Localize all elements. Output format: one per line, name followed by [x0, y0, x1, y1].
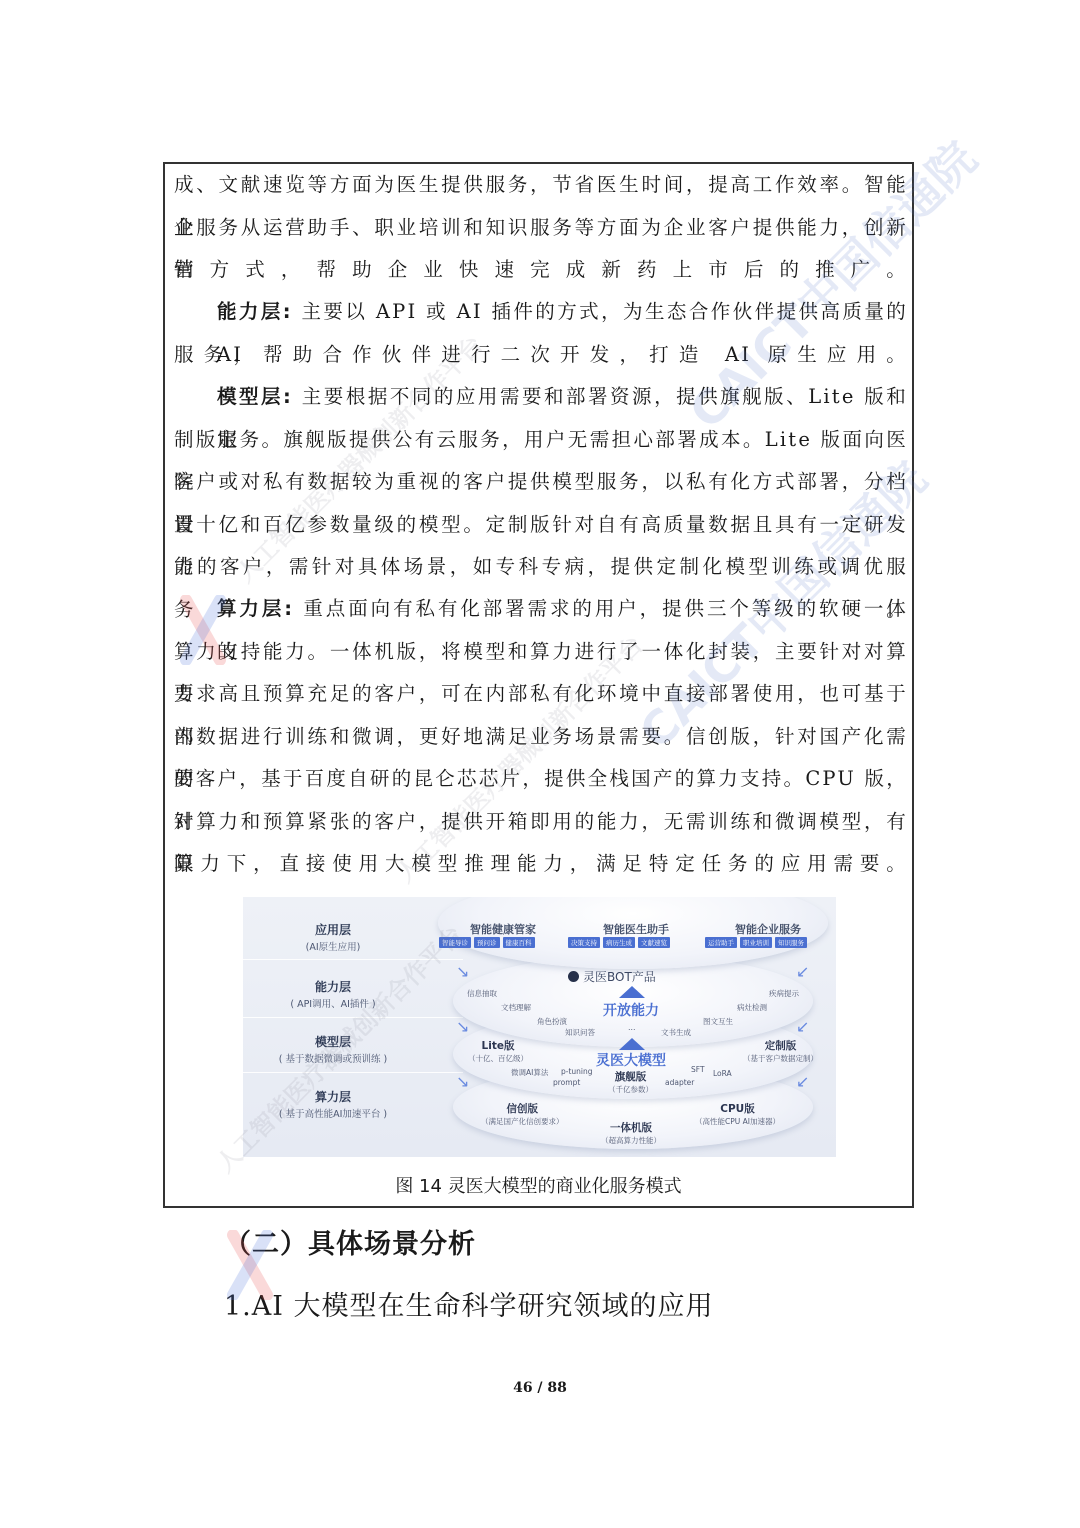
lite-version: Lite版 （十亿、百亿级）: [468, 1038, 528, 1064]
app-tag: 运营助手: [705, 937, 737, 948]
app-tags: 运营助手 职业培训 知识服务: [705, 937, 807, 948]
page-number: 46 / 88: [0, 1380, 1080, 1396]
term-label: 模型层:: [217, 385, 293, 408]
app-tag: 知识服务: [775, 937, 807, 948]
capability-item: 文书生成: [661, 1027, 691, 1038]
capability-item: 文档理解: [501, 1002, 531, 1013]
text-line: 客户或对私有数据较为重视的客户提供模型服务，以私有化方式部署，分档设: [174, 461, 908, 504]
version-title: 旗舰版: [608, 1069, 653, 1084]
text-line: 成、文献速览等方面为医生提供服务，节省医生时间，提高工作效率。智能企: [174, 164, 908, 207]
version-subtitle: （高性能CPU AI加速器）: [695, 1116, 780, 1127]
custom-version: 定制版 （基于客户数据定制）: [743, 1038, 818, 1064]
method-item: adapter: [665, 1078, 694, 1087]
version-title: 信创版: [481, 1101, 564, 1116]
text-line: 销方式，帮助企业快速完成新药上市后的推广。: [174, 249, 908, 292]
model-center-label: 灵医大模型: [596, 1050, 666, 1070]
flagship-version: 旗舰版 （千亿参数）: [608, 1069, 653, 1095]
capability-item: 知识问答: [565, 1027, 595, 1038]
divider: [243, 959, 463, 960]
layer-subtitle: ( 基于高性能AI加速平台 ): [243, 1106, 423, 1120]
version-title: 定制版: [743, 1038, 818, 1053]
compute-paragraph: 算力层: 重点面向有私有化部署需求的用户，提供三个等级的软硬一体的 算力支持能力…: [174, 588, 908, 886]
bot-product-label: 灵医BOT产品: [568, 968, 656, 985]
ellipsis: …: [628, 1023, 636, 1032]
layer-label-model: 模型层 ( 基于数据微调或预训练 ): [243, 1033, 423, 1065]
curved-arrow-icon: ↙: [796, 1072, 809, 1091]
text-line: 的客户，基于百度自研的昆仑芯芯片，提供全栈国产的算力支持。CPU 版，针: [174, 758, 908, 801]
method-item: LoRA: [713, 1069, 732, 1078]
curved-arrow-icon: ↙: [796, 1017, 809, 1036]
app-tag: 职业培训: [740, 937, 772, 948]
text-line: 能力层: 主要以 API 或 AI 插件的方式，为生态合作伙伴提供高质量的 AI: [174, 291, 908, 334]
version-subtitle: （基于客户数据定制）: [743, 1053, 818, 1064]
app-tags: 智能导诊 预问诊 健康百科: [439, 937, 535, 948]
layer-title: 能力层: [243, 978, 423, 995]
xinchuang-version: 信创版 （满足国产化信创要求）: [481, 1101, 564, 1127]
subsection-heading: 1.AI 大模型在生命科学研究领域的应用: [224, 1284, 714, 1323]
up-triangle-icon: [619, 1038, 645, 1050]
text-line: 算力层: 重点面向有私有化部署需求的用户，提供三个等级的软硬一体的: [174, 588, 908, 631]
layer-subtitle: ( API调用、AI插件 ): [243, 996, 423, 1010]
capability-paragraph: 能力层: 主要以 API 或 AI 插件的方式，为生态合作伙伴提供高质量的 AI…: [174, 291, 908, 376]
version-subtitle: （超高算力性能）: [601, 1135, 661, 1146]
figure-caption: 图 14 灵医大模型的商业化服务模式: [163, 1172, 914, 1198]
version-subtitle: （十亿、百亿级）: [468, 1053, 528, 1064]
curved-arrow-icon: ↘: [456, 1017, 469, 1036]
app-tags: 决策支持 病历生成 文献速览: [568, 937, 670, 948]
text-line: 制版服务。旗舰版提供公有云服务，用户无需担心部署成本。Lite 版面向医院: [174, 419, 908, 462]
layer-subtitle: ( 基于数据微调或预训练 ): [243, 1051, 423, 1065]
business-model-diagram: 应用层 (AI原生应用) 能力层 ( API调用、AI插件 ) 模型层 ( 基于…: [243, 897, 836, 1157]
method-item: SFT: [691, 1065, 705, 1074]
layer-title: 模型层: [243, 1033, 423, 1050]
curved-arrow-icon: ↘: [456, 1072, 469, 1091]
app-tag: 病历生成: [603, 937, 635, 948]
open-capability-label: 开放能力: [603, 1000, 659, 1020]
capability-item: 信息抽取: [467, 988, 497, 999]
allinone-version: 一体机版 （超高算力性能）: [601, 1120, 661, 1146]
text-line: 部数据进行训练和微调，更好地满足业务场景需要。信创版，针对国产化需要: [174, 716, 908, 759]
version-subtitle: （千亿参数）: [608, 1084, 653, 1095]
model-paragraph: 模型层: 主要根据不同的应用需要和部署资源，提供旗舰版、Lite 版和定 制版服…: [174, 376, 908, 589]
text-line: 对算力和预算紧张的客户，提供开箱即用的能力，无需训练和微调模型，有限: [174, 801, 908, 844]
capability-item: 角色扮演: [537, 1016, 567, 1027]
app-title: 智能企业服务: [713, 921, 823, 937]
layer-label-capability: 能力层 ( API调用、AI插件 ): [243, 978, 423, 1010]
app-title: 智能健康管家: [448, 921, 558, 937]
text-line: 模型层: 主要根据不同的应用需要和部署资源，提供旗舰版、Lite 版和定: [174, 376, 908, 419]
text-line: 业服务从运营助手、职业培训和知识服务等方面为企业客户提供能力，创新营: [174, 207, 908, 250]
text-line: 力的客户，需针对具体场景，如专科专病，提供定制化模型训练或调优服务。: [174, 546, 908, 589]
method-item: prompt: [553, 1078, 580, 1087]
layer-label-compute: 算力层 ( 基于高性能AI加速平台 ): [243, 1088, 423, 1120]
curved-arrow-icon: ↙: [796, 962, 809, 981]
layer-title: 算力层: [243, 1088, 423, 1105]
curved-arrow-icon: ↘: [456, 962, 469, 981]
text-line: 要求高且预算充足的客户，可在内部私有化环境中直接部署使用，也可基于内: [174, 673, 908, 716]
text-line: 服务，帮助合作伙伴进行二次开发，打造 AI 原生应用。: [174, 334, 908, 377]
app-tag: 智能导诊: [439, 937, 471, 948]
app-tag: 文献速览: [638, 937, 670, 948]
app-title: 智能医生助手: [581, 921, 691, 937]
text-line: 算力支持能力。一体机版，将模型和算力进行了一体化封装，主要针对对算力: [174, 631, 908, 674]
version-title: CPU版: [695, 1101, 780, 1116]
divider: [243, 1017, 463, 1018]
layer-label-application: 应用层 (AI原生应用): [243, 921, 423, 953]
app-tag: 决策支持: [568, 937, 600, 948]
layer-title: 应用层: [243, 921, 423, 938]
app-tag: 健康百科: [503, 937, 535, 948]
cpu-version: CPU版 （高性能CPU AI加速器）: [695, 1101, 780, 1127]
section-heading: （二）具体场景分析: [224, 1222, 476, 1261]
term-label: 算力层:: [217, 597, 294, 620]
up-triangle-icon: [619, 986, 645, 998]
method-item: p-tuning: [561, 1067, 593, 1076]
capability-item: 疾病提示: [769, 988, 799, 999]
version-title: Lite版: [468, 1038, 528, 1053]
text-line: 算力下，直接使用大模型推理能力，满足特定任务的应用需要。: [174, 843, 908, 886]
intro-paragraph: 成、文献速览等方面为医生提供服务，节省医生时间，提高工作效率。智能企 业服务从运…: [174, 164, 908, 292]
text-line: 置十亿和百亿参数量级的模型。定制版针对自有高质量数据且具有一定研发能: [174, 504, 908, 547]
version-subtitle: （满足国产化信创要求）: [481, 1116, 564, 1127]
version-title: 一体机版: [601, 1120, 661, 1135]
divider: [243, 1072, 463, 1073]
capability-item: 图文互生: [703, 1016, 733, 1027]
bot-product-text: 灵医BOT产品: [583, 970, 656, 984]
method-item: 微调AI算法: [511, 1067, 548, 1078]
bot-icon: [568, 971, 579, 982]
app-tag: 预问诊: [474, 937, 500, 948]
term-label: 能力层:: [217, 300, 293, 323]
layer-subtitle: (AI原生应用): [243, 939, 423, 953]
capability-item: 病灶检测: [737, 1002, 767, 1013]
